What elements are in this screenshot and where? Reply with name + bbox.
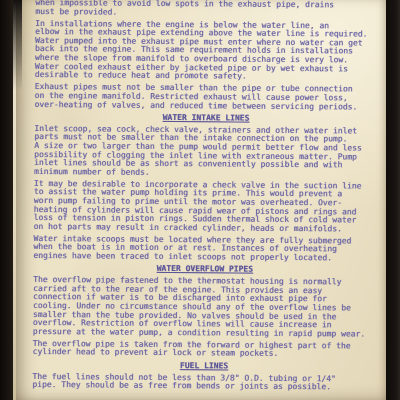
paragraph-exhaust-pipe-size: Exhaust pipes must not be smaller than t… <box>35 83 378 111</box>
paragraph-inlet-scoop: Inlet scoop, sea cock, check valve, stra… <box>34 125 377 179</box>
section-heading-fuel-lines: FUEL LINES <box>32 360 375 371</box>
paragraph-fuel-line-size: The fuel lines should not be less than 3… <box>32 373 375 393</box>
scan-background-left <box>0 0 13 400</box>
paragraph-overflow-pipe-location: The overflow pipe is taken from the forw… <box>33 340 376 360</box>
paragraph-check-valve-suction: It may be desirable to incorporate a che… <box>34 180 377 234</box>
paragraph-engine-below-waterline: In installations where the engine is bel… <box>35 20 378 83</box>
section-heading-water-intake-lines: WATER INTAKE LINES <box>34 113 377 124</box>
paragraph-intake-scoops-location: Water intake scoops must be located wher… <box>33 235 376 263</box>
paragraph-overflow-pipe-thermostat: The overflow pipe fastened to the thermo… <box>33 276 376 339</box>
paragraph-exhaust-drains: when impossible to avoid low spots in th… <box>35 0 378 19</box>
scan-background-right <box>386 0 400 400</box>
scanned-manual-page: { "colors": { "ink": "#6b65a6", "ink_hea… <box>0 0 400 400</box>
section-heading-water-overflow-pipes: WATER OVERFLOW PIPES <box>33 264 376 275</box>
typewritten-text-block: when impossible to avoid low spots in th… <box>32 0 378 396</box>
